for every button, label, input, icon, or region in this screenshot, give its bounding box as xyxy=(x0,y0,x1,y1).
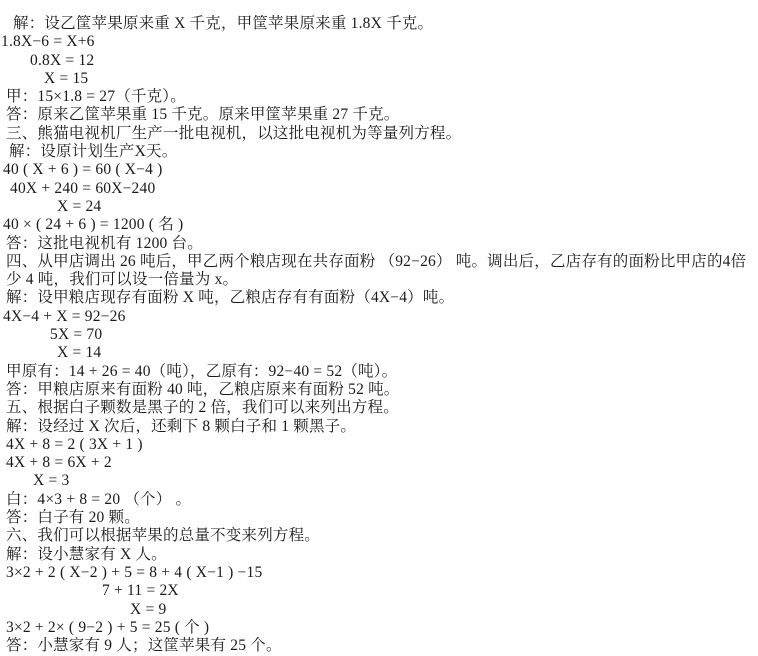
text-line: 四、从甲店调出 26 吨后，甲乙两个粮店现在共存面粉 （92−26） 吨。调出后… xyxy=(0,253,758,271)
text-line: 0.8X = 12 xyxy=(0,52,758,70)
text-line: 7 + 11 = 2X xyxy=(0,582,758,600)
text-line: 甲原有：14 + 26 = 40（吨），乙原有：92−40 = 52（吨）。 xyxy=(0,363,758,381)
text-line: 白：4×3 + 8 = 20 （个） 。 xyxy=(0,491,758,509)
text-line: 4X + 8 = 6X + 2 xyxy=(0,454,758,472)
text-line: 答：小慧家有 9 人；这筐苹果有 25 个。 xyxy=(0,637,758,655)
text-line: 答：这批电视机有 1200 台。 xyxy=(0,235,758,253)
text-line: 4X + 8 = 2 ( 3X + 1 ) xyxy=(0,436,758,454)
text-line: X = 3 xyxy=(0,472,758,490)
text-line: 解：设乙筐苹果原来重 X 千克，甲筐苹果原来重 1.8X 千克。 xyxy=(0,15,758,33)
text-line: 3×2 + 2× ( 9−2 ) + 5 = 25 ( 个 ) xyxy=(0,619,758,637)
text-line: 解：设原计划生产X天。 xyxy=(0,143,758,161)
text-line: 五、根据白子颗数是黑子的 2 倍，我们可以来列出方程。 xyxy=(0,399,758,417)
text-line: X = 14 xyxy=(0,344,758,362)
text-line: 4X−4 + X = 92−26 xyxy=(0,308,758,326)
text-line: 答：白子有 20 颗。 xyxy=(0,509,758,527)
text-line: 解：设经过 X 次后，还剩下 8 颗白子和 1 颗黑子。 xyxy=(0,418,758,436)
text-line: 六、我们可以根据苹果的总量不变来列方程。 xyxy=(0,527,758,545)
text-line: 答：甲粮店原来有面粉 40 吨，乙粮店原来有面粉 52 吨。 xyxy=(0,381,758,399)
solution-document-page: 解：设乙筐苹果原来重 X 千克，甲筐苹果原来重 1.8X 千克。1.8X−6 =… xyxy=(0,0,758,656)
text-line: 5X = 70 xyxy=(0,326,758,344)
text-line: 答：原来乙筐苹果重 15 千克。原来甲筐苹果重 27 千克。 xyxy=(0,106,758,124)
text-line: 解：设小慧家有 X 人。 xyxy=(0,546,758,564)
text-line: 3×2 + 2 ( X−2 ) + 5 = 8 + 4 ( X−1 ) −15 xyxy=(0,564,758,582)
text-line: 40 × ( 24 + 6 ) = 1200 ( 名 ) xyxy=(0,216,758,234)
text-line: X = 15 xyxy=(0,70,758,88)
text-line: 1.8X−6 = X+6 xyxy=(0,33,758,51)
text-line: 解：设甲粮店现存有面粉 X 吨，乙粮店存有有面粉（4X−4）吨。 xyxy=(0,289,758,307)
text-line: 40 ( X + 6 ) = 60 ( X−4 ) xyxy=(0,161,758,179)
document-body: 解：设乙筐苹果原来重 X 千克，甲筐苹果原来重 1.8X 千克。1.8X−6 =… xyxy=(0,15,758,655)
text-line: X = 9 xyxy=(0,601,758,619)
text-line: 少 4 吨，我们可以设一倍量为 x。 xyxy=(0,271,758,289)
text-line: X = 24 xyxy=(0,198,758,216)
text-line: 三、熊猫电视机厂生产一批电视机，以这批电视机为等量列方程。 xyxy=(0,125,758,143)
text-line: 甲：15×1.8 = 27（千克）。 xyxy=(0,88,758,106)
text-line: 40X + 240 = 60X−240 xyxy=(0,180,758,198)
